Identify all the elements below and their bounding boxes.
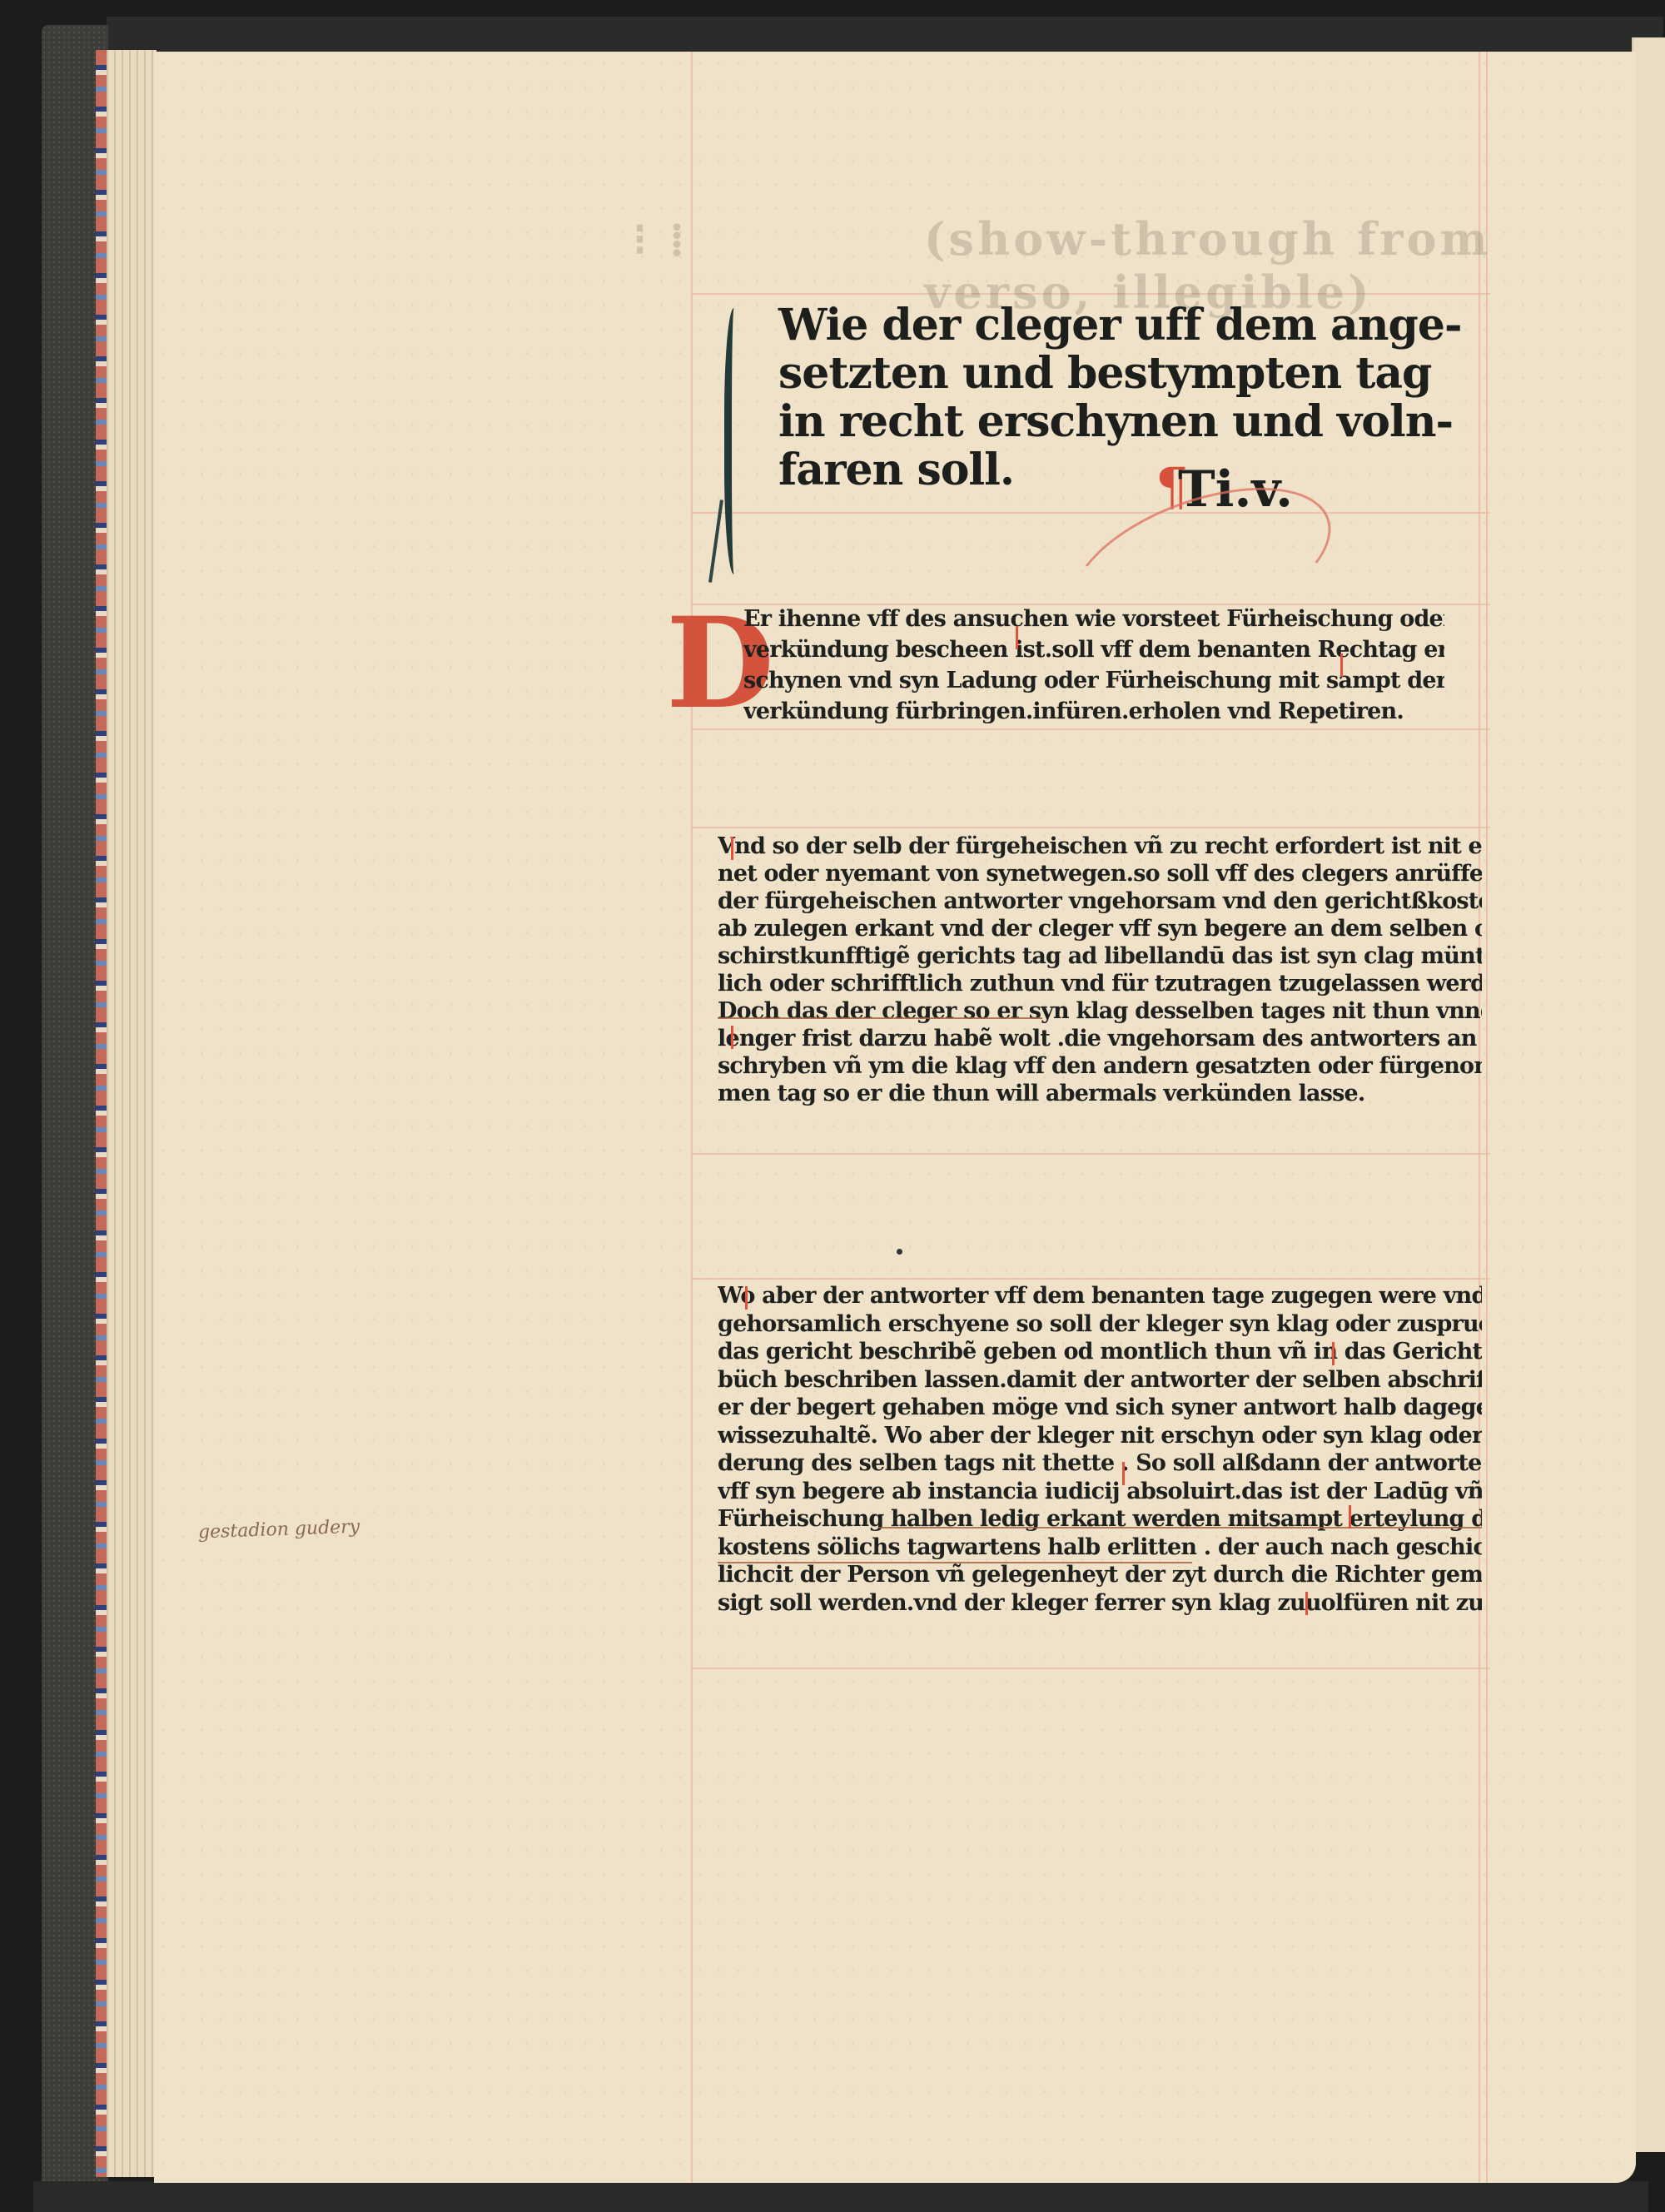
text-line: derung des selben tags nit thette . So s… xyxy=(718,1449,1482,1478)
rubric-tick xyxy=(1332,1342,1334,1365)
rubric-tick xyxy=(1340,654,1343,677)
rubric-tick xyxy=(1305,1592,1308,1615)
text-line: verkündung fürbringen.infüren.erholen vn… xyxy=(743,696,1444,727)
ruling-line-right-inner xyxy=(1486,52,1488,2183)
rubric-tick xyxy=(1122,1462,1125,1485)
text-line: schynen vnd syn Ladung oder Fürheischung… xyxy=(743,665,1444,696)
rubric-tick xyxy=(745,1286,748,1310)
text-line: büch beschriben lassen.damit der antwort… xyxy=(718,1366,1482,1394)
text-line: verkündung bescheen ist.soll vff dem ben… xyxy=(743,634,1444,665)
text-line: Fürheischung halben ledig erkant werden … xyxy=(718,1505,1482,1533)
text-line: wissezuhaltẽ. Wo aber der kleger nit ers… xyxy=(718,1422,1482,1450)
text-line: lichcit der Person vñ gelegenheyt der zy… xyxy=(718,1561,1482,1589)
text-line: kostens sölichs tagwartens halb erlitten… xyxy=(718,1533,1482,1562)
rubric-tick xyxy=(731,837,733,860)
text-line: Vnd so der selb der fürgeheischen vñ zu … xyxy=(718,833,1482,860)
cover-bottom-edge xyxy=(33,2181,1648,2212)
ruling-line-left xyxy=(691,52,693,2183)
cover-top-edge xyxy=(107,17,1663,54)
text-line: gehorsamlich erschyene so soll der klege… xyxy=(718,1310,1482,1339)
text-line: Wo aber der antworter vff dem benanten t… xyxy=(718,1282,1482,1310)
ruling-line-right xyxy=(1479,52,1480,2183)
rubric-tick xyxy=(731,1026,733,1049)
ink-spot xyxy=(897,1249,902,1255)
marbled-endpaper-edge xyxy=(96,50,107,2177)
ruling-line-para3-top xyxy=(691,1278,1490,1280)
text-line: lenger frist darzu habẽ wolt .die vngeho… xyxy=(718,1025,1482,1052)
text-line: der fürgeheischen antworter vngehorsam v… xyxy=(718,887,1482,915)
heading-line: in recht erschynen und voln- xyxy=(778,398,1320,446)
handwritten-underline xyxy=(878,1527,1482,1529)
text-line: ab zulegen erkant vnd der cleger vff syn… xyxy=(718,915,1482,942)
next-page-edge xyxy=(1632,37,1665,2152)
paragraph-1: Er ihenne vff des ansuchen wie vorsteet … xyxy=(743,604,1444,727)
ruling-line-para3-bottom xyxy=(691,1668,1490,1669)
paragraph-3: Wo aber der antworter vff dem benanten t… xyxy=(718,1282,1482,1617)
handwritten-underline xyxy=(718,1017,1042,1019)
rubric-tick xyxy=(1016,626,1018,649)
text-line: net oder nyemant von synetwegen.so soll … xyxy=(718,860,1482,887)
ruling-line-para2-bottom xyxy=(691,1153,1490,1155)
handwritten-underline xyxy=(718,1562,1192,1563)
ruling-line-para2-top xyxy=(691,827,1490,828)
heading-line: setzten und bestympten tag xyxy=(778,350,1320,398)
heading-line: Wie der cleger uff dem ange- xyxy=(778,301,1320,350)
text-line: sigt soll werden.vnd der kleger ferrer s… xyxy=(718,1589,1482,1618)
text-line: das gericht beschribẽ geben od montlich … xyxy=(718,1338,1482,1366)
paragraph-2: Vnd so der selb der fürgeheischen vñ zu … xyxy=(718,833,1482,1107)
text-line: schirstkunfftigẽ gerichts tag ad libella… xyxy=(718,942,1482,970)
text-line: lich oder schrifftlich zuthun vnd für tz… xyxy=(718,970,1482,997)
text-line: er der begert gehaben möge vnd sich syne… xyxy=(718,1394,1482,1422)
show-through-header-left: ⁝ ⁞ xyxy=(633,212,688,266)
ruling-line-heading-bottom xyxy=(691,512,1490,514)
rubric-tick xyxy=(1349,1505,1351,1529)
text-line: men tag so er die thun will abermals ver… xyxy=(718,1080,1482,1107)
blue-initial-stroke xyxy=(724,308,748,574)
ruling-line-para1-bottom xyxy=(691,728,1490,730)
page-stack-edges xyxy=(107,50,157,2177)
text-line: schryben vñ ym die klag vff den andern g… xyxy=(718,1052,1482,1080)
text-line: Er ihenne vff des ansuchen wie vorsteet … xyxy=(743,604,1444,634)
text-line: Doch das der cleger so er syn klag desse… xyxy=(718,997,1482,1025)
text-line: vff syn begere ab instancia iudicij abso… xyxy=(718,1478,1482,1506)
